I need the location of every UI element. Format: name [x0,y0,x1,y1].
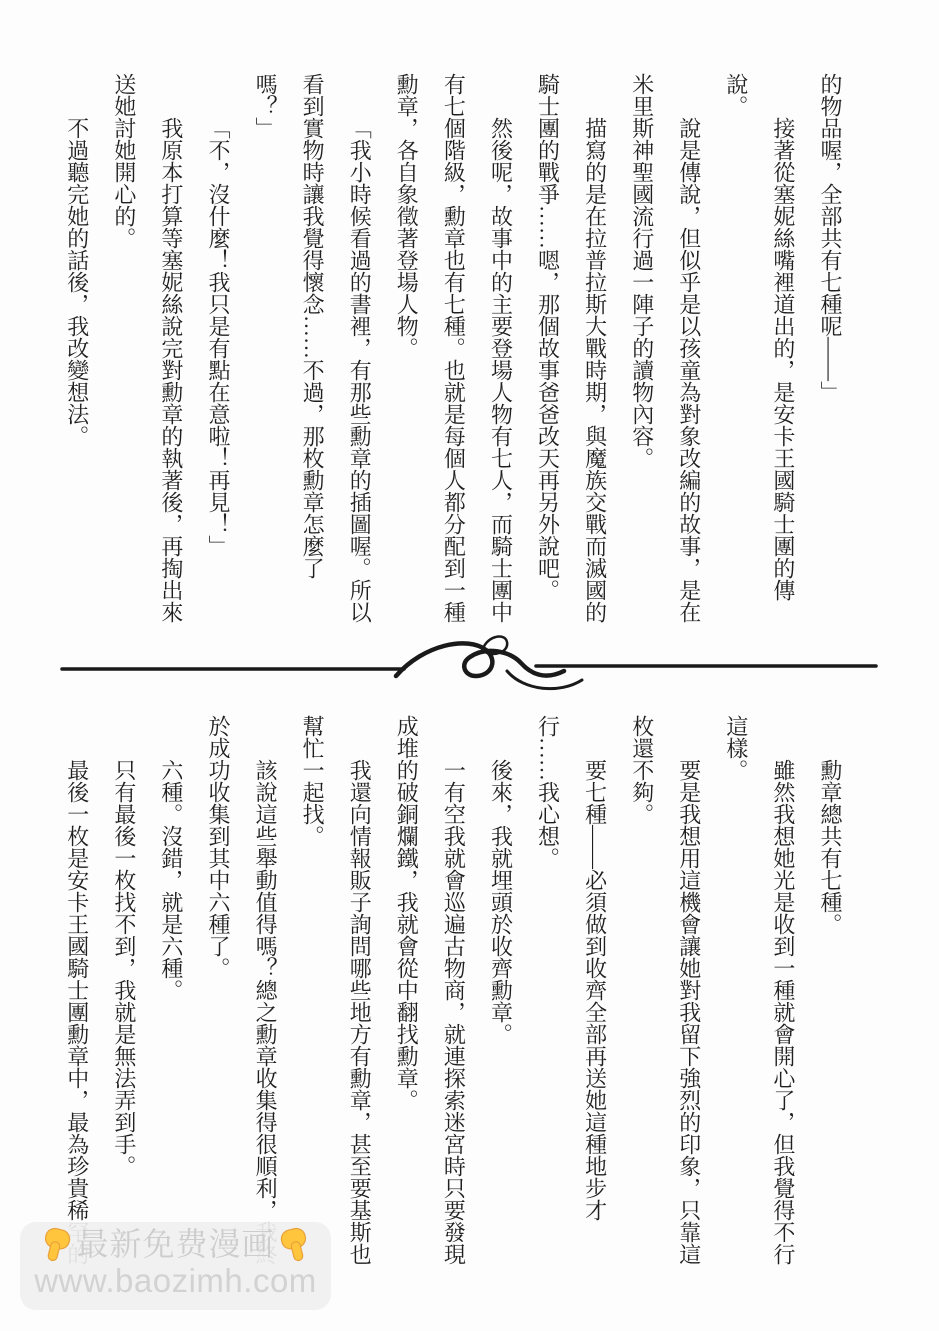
paragraph: 的物品喔，全部共有七種呢——」 [807,73,854,623]
paragraph: 勳章總共有七種。 [807,715,854,1265]
watermark: 最新免费漫画 www.baozimh.com [20,1222,331,1310]
section-divider-flourish-icon [58,631,880,703]
watermark-title: 最新免费漫画 [76,1227,274,1262]
paragraph: 然後呢，故事中的主要登場人物有七人，而騎士團中有七個階級，勳章也有七種。也就是每… [383,73,524,623]
pointing-hand-down-icon [38,1224,75,1264]
paragraph: 我原本打算等塞妮絲說完對勳章的執著後，再掏出來送她討她開心的。 [101,73,195,623]
paragraph: 該說這些舉動值得嗎？總之勳章收集得很順利，我終於成功收集到其中六種了。 [195,715,289,1265]
paragraph: 要是我想用這機會讓她對我留下強烈的印象，只靠這枚還不夠。 [619,715,713,1265]
paragraph: 不過聽完她的話後，我改變想法。 [54,73,101,623]
watermark-title-row: 最新免费漫画 [20,1227,331,1262]
paragraph: 描寫的是在拉普拉斯大戰時期，與魔族交戰而滅國的騎士團的戰爭……嗯，那個故事爸爸改… [524,73,618,623]
paragraph: 最後一枚是安卡王國騎士團勳章中，最為珍貴稀罕的 [54,715,101,1265]
paragraph: 我還向情報販子詢問哪些地方有勳章，甚至要基斯也幫忙一起找。 [289,715,383,1265]
watermark-url: www.baozimh.com [20,1262,331,1300]
paragraph: 接著從塞妮絲嘴裡道出的，是安卡王國騎士團的傳說。 [713,73,807,623]
pointing-hand-down-icon [276,1224,313,1264]
paragraph: 雖然我想她光是收到一種就會開心了，但我覺得不行這樣。 [713,715,807,1265]
bottom-text-block: 勳章總共有七種。 雖然我想她光是收到一種就會開心了，但我覺得不行這樣。 要是我想… [48,715,854,1265]
paragraph: 一有空我就會巡遍古物商，就連探索迷宮時只要發現成堆的破銅爛鐵，我就會從中翻找勳章… [383,715,477,1265]
paragraph: 要七種——必須做到收齊全部再送她這種地步才行……我心想。 [524,715,618,1265]
paragraph: 只有最後一枚找不到，我就是無法弄到手。 [101,715,148,1265]
paragraph: 說是傳說，但似乎是以孩童為對象改編的故事，是在米里斯神聖國流行過一陣子的讀物內容… [619,73,713,623]
paragraph: 後來，我就埋頭於收齊勳章。 [477,715,524,1265]
novel-page: 的物品喔，全部共有七種呢——」 接著從塞妮絲嘴裡道出的，是安卡王國騎士團的傳說。… [0,0,939,1331]
top-text-block: 的物品喔，全部共有七種呢——」 接著從塞妮絲嘴裡道出的，是安卡王國騎士團的傳說。… [48,73,854,623]
paragraph: 「我小時候看過的書裡，有那些勳章的插圖喔。所以看到實物時讓我覺得懷念……不過，那… [242,73,383,623]
paragraph: 六種。沒錯，就是六種。 [148,715,195,1265]
paragraph: 「不，沒什麼！我只是有點在意啦！再見！」 [195,73,242,623]
